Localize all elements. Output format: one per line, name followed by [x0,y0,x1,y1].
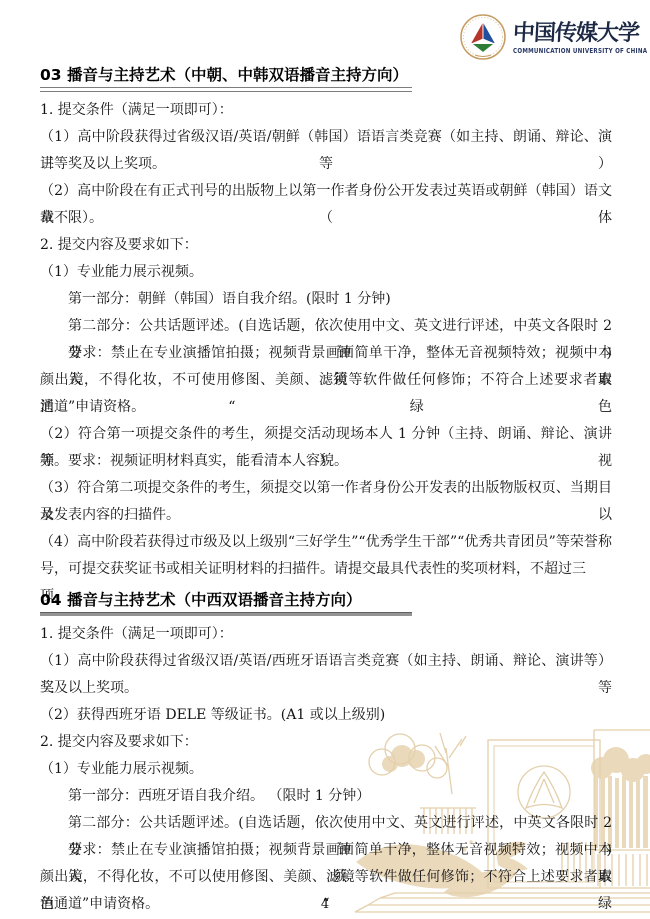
text-line: （1）专业能力展示视频。 [40,259,612,286]
text-line: 第一部分：朝鲜（韩国）语自我介绍。(限时 1 分钟) [40,286,612,313]
university-logo-text: 中国传媒大学 COMMUNICATION UNIVERSITY OF CHINA [513,13,650,55]
text-line: 颜出镜，不得化妆，不可使用修图、美颜、滤镜等软件做任何修饰；不符合上述要求者取消… [40,367,612,394]
text-line: （2）高中阶段在有正式刊号的出版物上以第一作者身份公开发表过英语或朝鲜（韩国）语… [40,178,612,205]
text-line: （3）符合第二项提交条件的考生，须提交以第一作者身份公开发表的出版物版权页、当期… [40,475,612,502]
text-line: （1）高中阶段获得过省级汉语/英语/西班牙语语言类竞赛（如主持、朗诵、辩论、演讲… [40,648,612,675]
heading-underline [40,87,412,92]
university-logo: 中国传媒大学 COMMUNICATION UNIVERSITY OF CHINA [459,13,650,61]
text-line: （1）专业能力展示视频。 [40,756,612,783]
university-name-en: COMMUNICATION UNIVERSITY OF CHINA [513,47,647,55]
page-number: 4 [0,897,650,912]
text-line: 颜出镜，不得化妆，不可以使用修图、美颜、滤镜等软件做任何修饰；不符合上述要求者取… [40,864,612,891]
section-03: 03 播音与主持艺术（中朝、中韩双语播音主持方向）1. 提交条件（满足一项即可）… [40,64,612,583]
text-line: 2. 提交内容及要求如下： [40,232,612,259]
text-line: （4）高中阶段若获得过市级及以上级别“三好学生”“优秀学生干部”“优秀共青团员”… [40,529,612,556]
section-heading: 04 播音与主持艺术（中西双语播音主持方向） [40,589,612,611]
section-04: 04 播音与主持艺术（中西双语播音主持方向）1. 提交条件（满足一项即可）：（1… [40,589,612,918]
section-heading: 03 播音与主持艺术（中朝、中韩双语播音主持方向） [40,64,612,86]
heading-underline [40,612,412,616]
text-line: 要求：禁止在专业演播馆拍摄；视频背景画面简单干净，整体无音视频特效；视频中本人须… [40,837,612,864]
text-line: （1）高中阶段获得过省级汉语/英语/朝鲜（韩国）语语言类竞赛（如主持、朗诵、辩论… [40,124,612,151]
document-content: 03 播音与主持艺术（中朝、中韩双语播音主持方向）1. 提交条件（满足一项即可）… [40,64,612,918]
text-line: 第二部分：公共话题评述。(自选话题，依次使用中文、英文进行评述，中英文各限时 2… [40,313,612,340]
text-line: （2）获得西班牙语 DELE 等级证书。(A1 或以上级别) [40,702,612,729]
text-line: 要求：禁止在专业演播馆拍摄；视频背景画面简单干净，整体无音视频特效；视频中本人须… [40,340,612,367]
document-page: 中国传媒大学 COMMUNICATION UNIVERSITY OF CHINA… [0,0,650,919]
text-line: 第二部分：公共话题评述。(自选话题，依次使用中文、英文进行评述，中英文各限时 2… [40,810,612,837]
university-name-cn: 中国传媒大学 [512,21,650,45]
text-line: （2）符合第一项提交条件的考生，须提交活动现场本人 1 分钟（主持、朗诵、辩论、… [40,421,612,448]
text-line: 1. 提交条件（满足一项即可）： [40,621,612,648]
text-line: 2. 提交内容及要求如下： [40,729,612,756]
university-emblem-icon [459,13,507,61]
text-line: 第一部分：西班牙语自我介绍。 （限时 1 分钟） [40,783,612,810]
text-line: 号，可提交获奖证书或相关证明材料的扫描件。请提交最具代表性的奖项材料，不超过三项… [40,556,612,583]
text-line: 1. 提交条件（满足一项即可）： [40,97,612,124]
